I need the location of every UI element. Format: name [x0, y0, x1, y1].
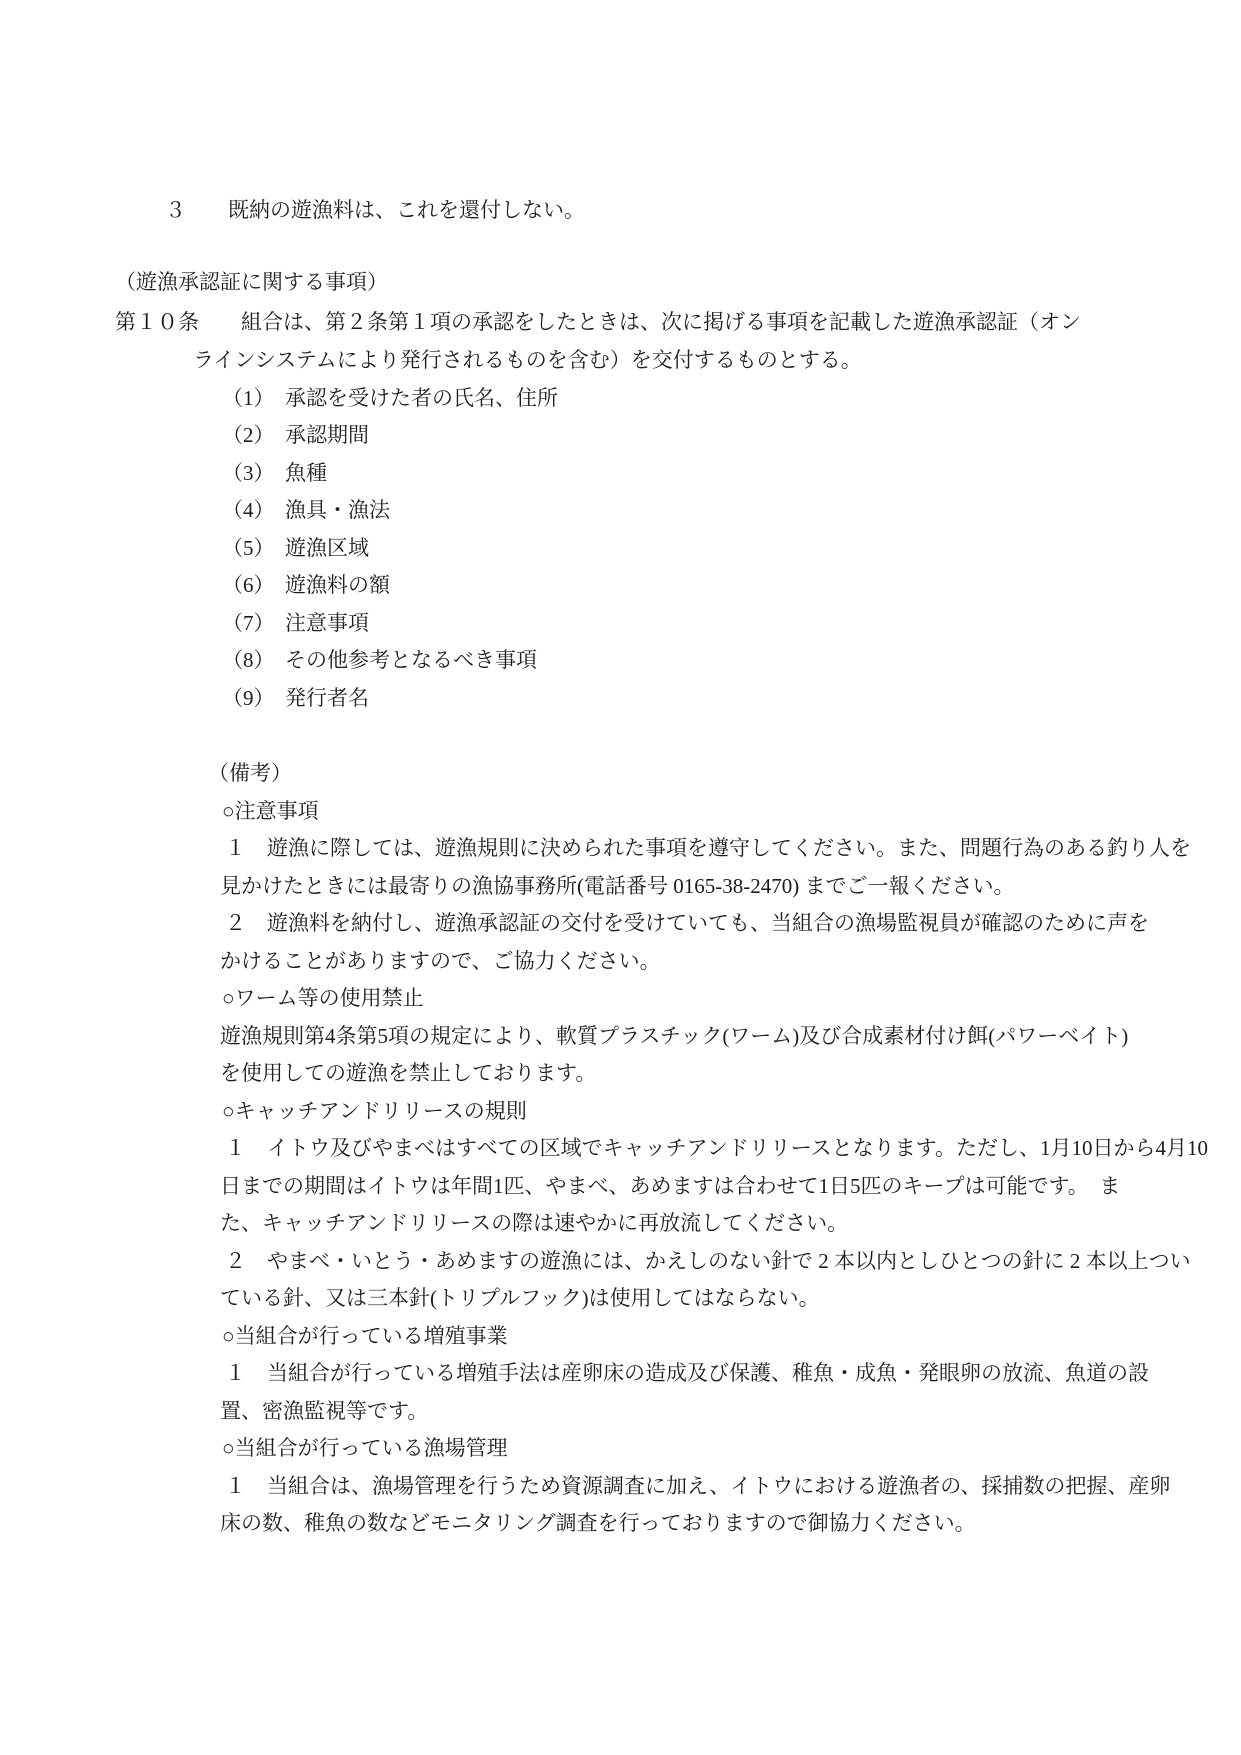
- article-10-line-1: 第１０条 組合は、第２条第１項の承認をしたときは、次に掲げる事項を記載した遊漁承…: [115, 308, 1081, 336]
- propagation-line-2: 置、密漁監視等です。: [220, 1397, 428, 1425]
- propagation-heading: ○当組合が行っている増殖事業: [222, 1322, 508, 1350]
- worm-ban-line-1: 遊漁規則第4条第5項の規定により、軟質プラスチック(ワーム)及び合成素材付け餌(…: [220, 1022, 1128, 1050]
- catch-and-release-line-3: た、キャッチアンドリリースの際は速やかに再放流してください。: [220, 1209, 848, 1237]
- article-10-item-7: （7） 注意事項: [222, 609, 369, 637]
- catch-and-release-line-4: ２ やまべ・いとう・あめますの遊漁には、かえしのない針で 2 本以内としひとつの…: [225, 1247, 1191, 1275]
- article-10-item-1: （1） 承認を受けた者の氏名、住所: [222, 384, 558, 412]
- management-line-1: １ 当組合は、漁場管理を行うため資源調査に加え、イトウにおける遊漁者の、採捕数の…: [225, 1472, 1170, 1500]
- management-line-2: 床の数、稚魚の数などモニタリング調査を行っておりますので御協力ください。: [220, 1509, 976, 1537]
- catch-and-release-line-5: ている針、又は三本針(トリプルフック)は使用してはならない。: [220, 1284, 820, 1312]
- clause-3-text: ３ 既納の遊漁料は、これを還付しない。: [165, 196, 585, 224]
- catch-and-release-line-2: 日までの期間はイトウは年間1匹、やまべ、あめますは合わせて1日5匹のキープは可能…: [220, 1172, 1120, 1200]
- section-label-approval-certificate: （遊漁承認証に関する事項）: [115, 268, 388, 296]
- document-page: ３ 既納の遊漁料は、これを還付しない。 （遊漁承認証に関する事項） 第１０条 組…: [0, 0, 1241, 1755]
- catch-and-release-line-1: １ イトウ及びやまべはすべての区域でキャッチアンドリリースとなります。ただし、1…: [225, 1134, 1208, 1162]
- article-10-item-3: （3） 魚種: [222, 459, 327, 487]
- notice-line-4: かけることがありますので、ご協力ください。: [220, 947, 661, 975]
- catch-and-release-heading: ○キャッチアンドリリースの規則: [222, 1097, 527, 1125]
- article-10-item-5: （5） 遊漁区域: [222, 534, 369, 562]
- article-10-item-9: （9） 発行者名: [222, 684, 369, 712]
- article-10-line-2: ラインシステムにより発行されるものを含む）を交付するものとする。: [193, 346, 862, 374]
- notice-line-3: ２ 遊漁料を納付し、遊漁承認証の交付を受けていても、当組合の漁場監視員が確認のた…: [225, 909, 1149, 937]
- notice-line-1: １ 遊漁に際しては、遊漁規則に決められた事項を遵守してください。また、問題行為の…: [225, 834, 1191, 862]
- notice-section-heading: ○注意事項: [222, 797, 319, 825]
- article-10-item-8: （8） その他参考となるべき事項: [222, 646, 537, 674]
- article-10-item-2: （2） 承認期間: [222, 421, 369, 449]
- article-10-item-6: （6） 遊漁料の額: [222, 571, 390, 599]
- propagation-line-1: １ 当組合が行っている増殖手法は産卵床の造成及び保護、稚魚・成魚・発眼卵の放流、…: [225, 1359, 1149, 1387]
- worm-ban-heading: ○ワーム等の使用禁止: [222, 984, 424, 1012]
- worm-ban-line-2: を使用しての遊漁を禁止しております。: [220, 1059, 596, 1087]
- article-10-item-4: （4） 漁具・漁法: [222, 496, 390, 524]
- notice-line-2: 見かけたときには最寄りの漁協事務所(電話番号 0165-38-2470) までご…: [220, 872, 1014, 900]
- remarks-heading: （備考）: [208, 759, 292, 787]
- management-heading: ○当組合が行っている漁場管理: [222, 1434, 508, 1462]
